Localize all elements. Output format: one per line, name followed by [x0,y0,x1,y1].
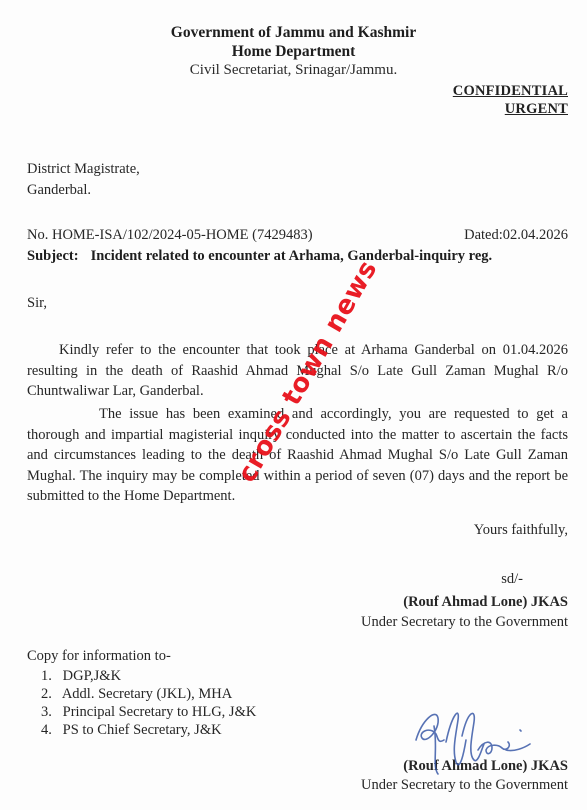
valediction: Yours faithfully, [474,522,568,539]
subject-label: Subject: [27,248,79,264]
signatory-name: (Rouf Ahmad Lone) JKAS [403,594,568,611]
signatory-designation: Under Secretary to the Government [361,614,568,631]
department-title: Home Department [0,43,587,61]
handwritten-signature-icon [408,700,548,782]
list-item: 1. DGP,J&K [41,667,256,685]
addressee-title: District Magistrate, [27,161,140,178]
copy-to-heading: Copy for information to- [27,648,171,665]
urgent-mark: URGENT [505,101,568,118]
list-item: 2. Addl. Secretary (JKL), MHA [41,685,256,703]
subject-text: Incident related to encounter at Arhama,… [91,248,493,264]
salutation: Sir, [27,295,47,312]
letter-date: Dated:02.04.2026 [464,227,568,244]
addressee-location: Ganderbal. [27,182,91,199]
signed-mark: sd/- [501,571,523,588]
document-page: Government of Jammu and Kashmir Home Dep… [0,0,587,810]
reference-number: No. HOME-ISA/102/2024-05-HOME (7429483) [27,227,313,244]
office-address: Civil Secretariat, Srinagar/Jammu. [0,62,587,79]
body-paragraph-2: The issue has been examined and accordin… [27,404,568,507]
government-title: Government of Jammu and Kashmir [0,24,587,42]
list-item: 3. Principal Secretary to HLG, J&K [41,703,256,721]
list-item: 4. PS to Chief Secretary, J&K [41,721,256,739]
copy-to-list: 1. DGP,J&K 2. Addl. Secretary (JKL), MHA… [41,667,256,739]
subject-line: Subject:Incident related to encounter at… [27,248,492,265]
body-paragraph-2-text: The issue has been examined and accordin… [27,404,568,507]
confidential-mark: CONFIDENTIAL [453,83,568,100]
